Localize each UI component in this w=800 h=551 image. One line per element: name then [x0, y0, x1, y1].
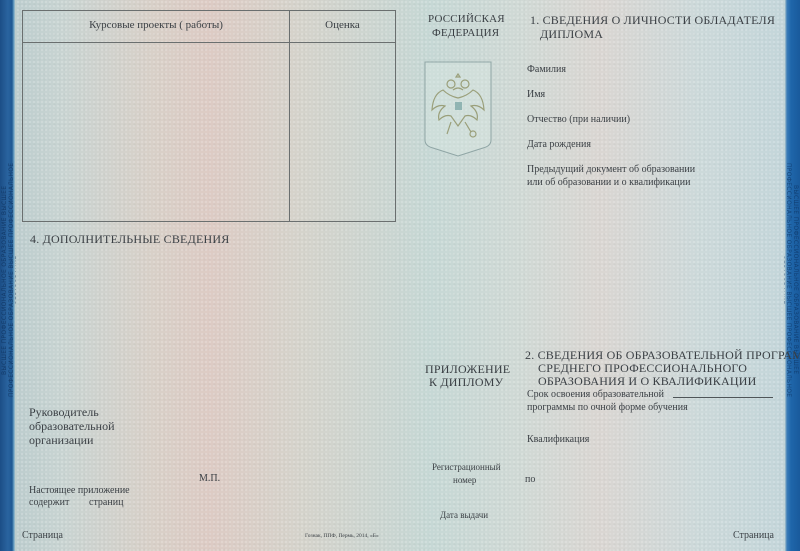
country-line1: РОССИЙСКАЯ [428, 13, 505, 25]
study-term-line2: программы по очной форме обучения [527, 402, 688, 413]
country-line2: ФЕДЕРАЦИЯ [432, 27, 499, 39]
reg-number-label-line1: Регистрационный [432, 462, 501, 472]
coursework-table: Курсовые проекты ( работы) Оценка [22, 10, 396, 222]
study-term-line1: Срок освоения образовательной [527, 389, 664, 400]
section4-title: 4. ДОПОЛНИТЕЛЬНЫЕ СВЕДЕНИЯ [30, 232, 229, 247]
field-birthdate-label: Дата рождения [527, 139, 591, 150]
supplement-title-line2: К ДИПЛОМУ [429, 375, 503, 390]
issue-date-label: Дата выдачи [440, 510, 488, 520]
section1-title-line1: 1. СВЕДЕНИЯ О ЛИЧНОСТИ ОБЛАДАТЕЛЯ [530, 13, 775, 28]
pages-note-contains: содержит [29, 497, 69, 508]
head-label-line3: организации [29, 433, 93, 448]
pages-note-pages: страниц [89, 497, 123, 508]
field-name-label: Имя [527, 89, 545, 100]
stamp-label: М.П. [199, 473, 220, 484]
specialty-prefix: по [525, 474, 535, 485]
russian-coat-of-arms-icon [423, 60, 493, 158]
microtext-left: ВЫСШЕЕ ПРОФЕССИОНАЛЬНОЕ ОБРАЗОВАНИЕ ВЫСШ… [1, 150, 16, 410]
field-prev-doc-line2: или об образовании и о квалификации [527, 177, 690, 188]
pages-note-line1: Настоящее приложение [29, 485, 130, 496]
microtext-right: ВЫСШЕЕ ПРОФЕССИОНАЛЬНОЕ ОБРАЗОВАНИЕ ВЫСШ… [784, 150, 799, 410]
study-term-value-line [673, 397, 773, 398]
section1-title-line2: ДИПЛОМА [540, 27, 603, 42]
qualification-label: Квалификация [527, 434, 589, 445]
column-header-grade: Оценка [290, 19, 395, 31]
field-surname-label: Фамилия [527, 64, 566, 75]
printer-imprint: Гознак, ППФ, Пермь, 2014, «Б» [305, 533, 379, 539]
table-column-divider [289, 11, 290, 221]
column-header-coursework: Курсовые проекты ( работы) [23, 19, 289, 31]
page-label-left: Страница [22, 530, 63, 541]
head-label-line1: Руководитель [29, 405, 99, 420]
reg-number-label-line2: номер [453, 475, 476, 485]
head-label-line2: образовательной [29, 419, 115, 434]
section2-title-line3: ОБРАЗОВАНИЯ И О КВАЛИФИКАЦИИ [538, 374, 756, 389]
field-prev-doc-line1: Предыдущий документ об образовании [527, 164, 695, 175]
field-patronymic-label: Отчество (при наличии) [527, 114, 630, 125]
page-label-right: Страница [733, 530, 774, 541]
table-header-divider [23, 42, 395, 43]
